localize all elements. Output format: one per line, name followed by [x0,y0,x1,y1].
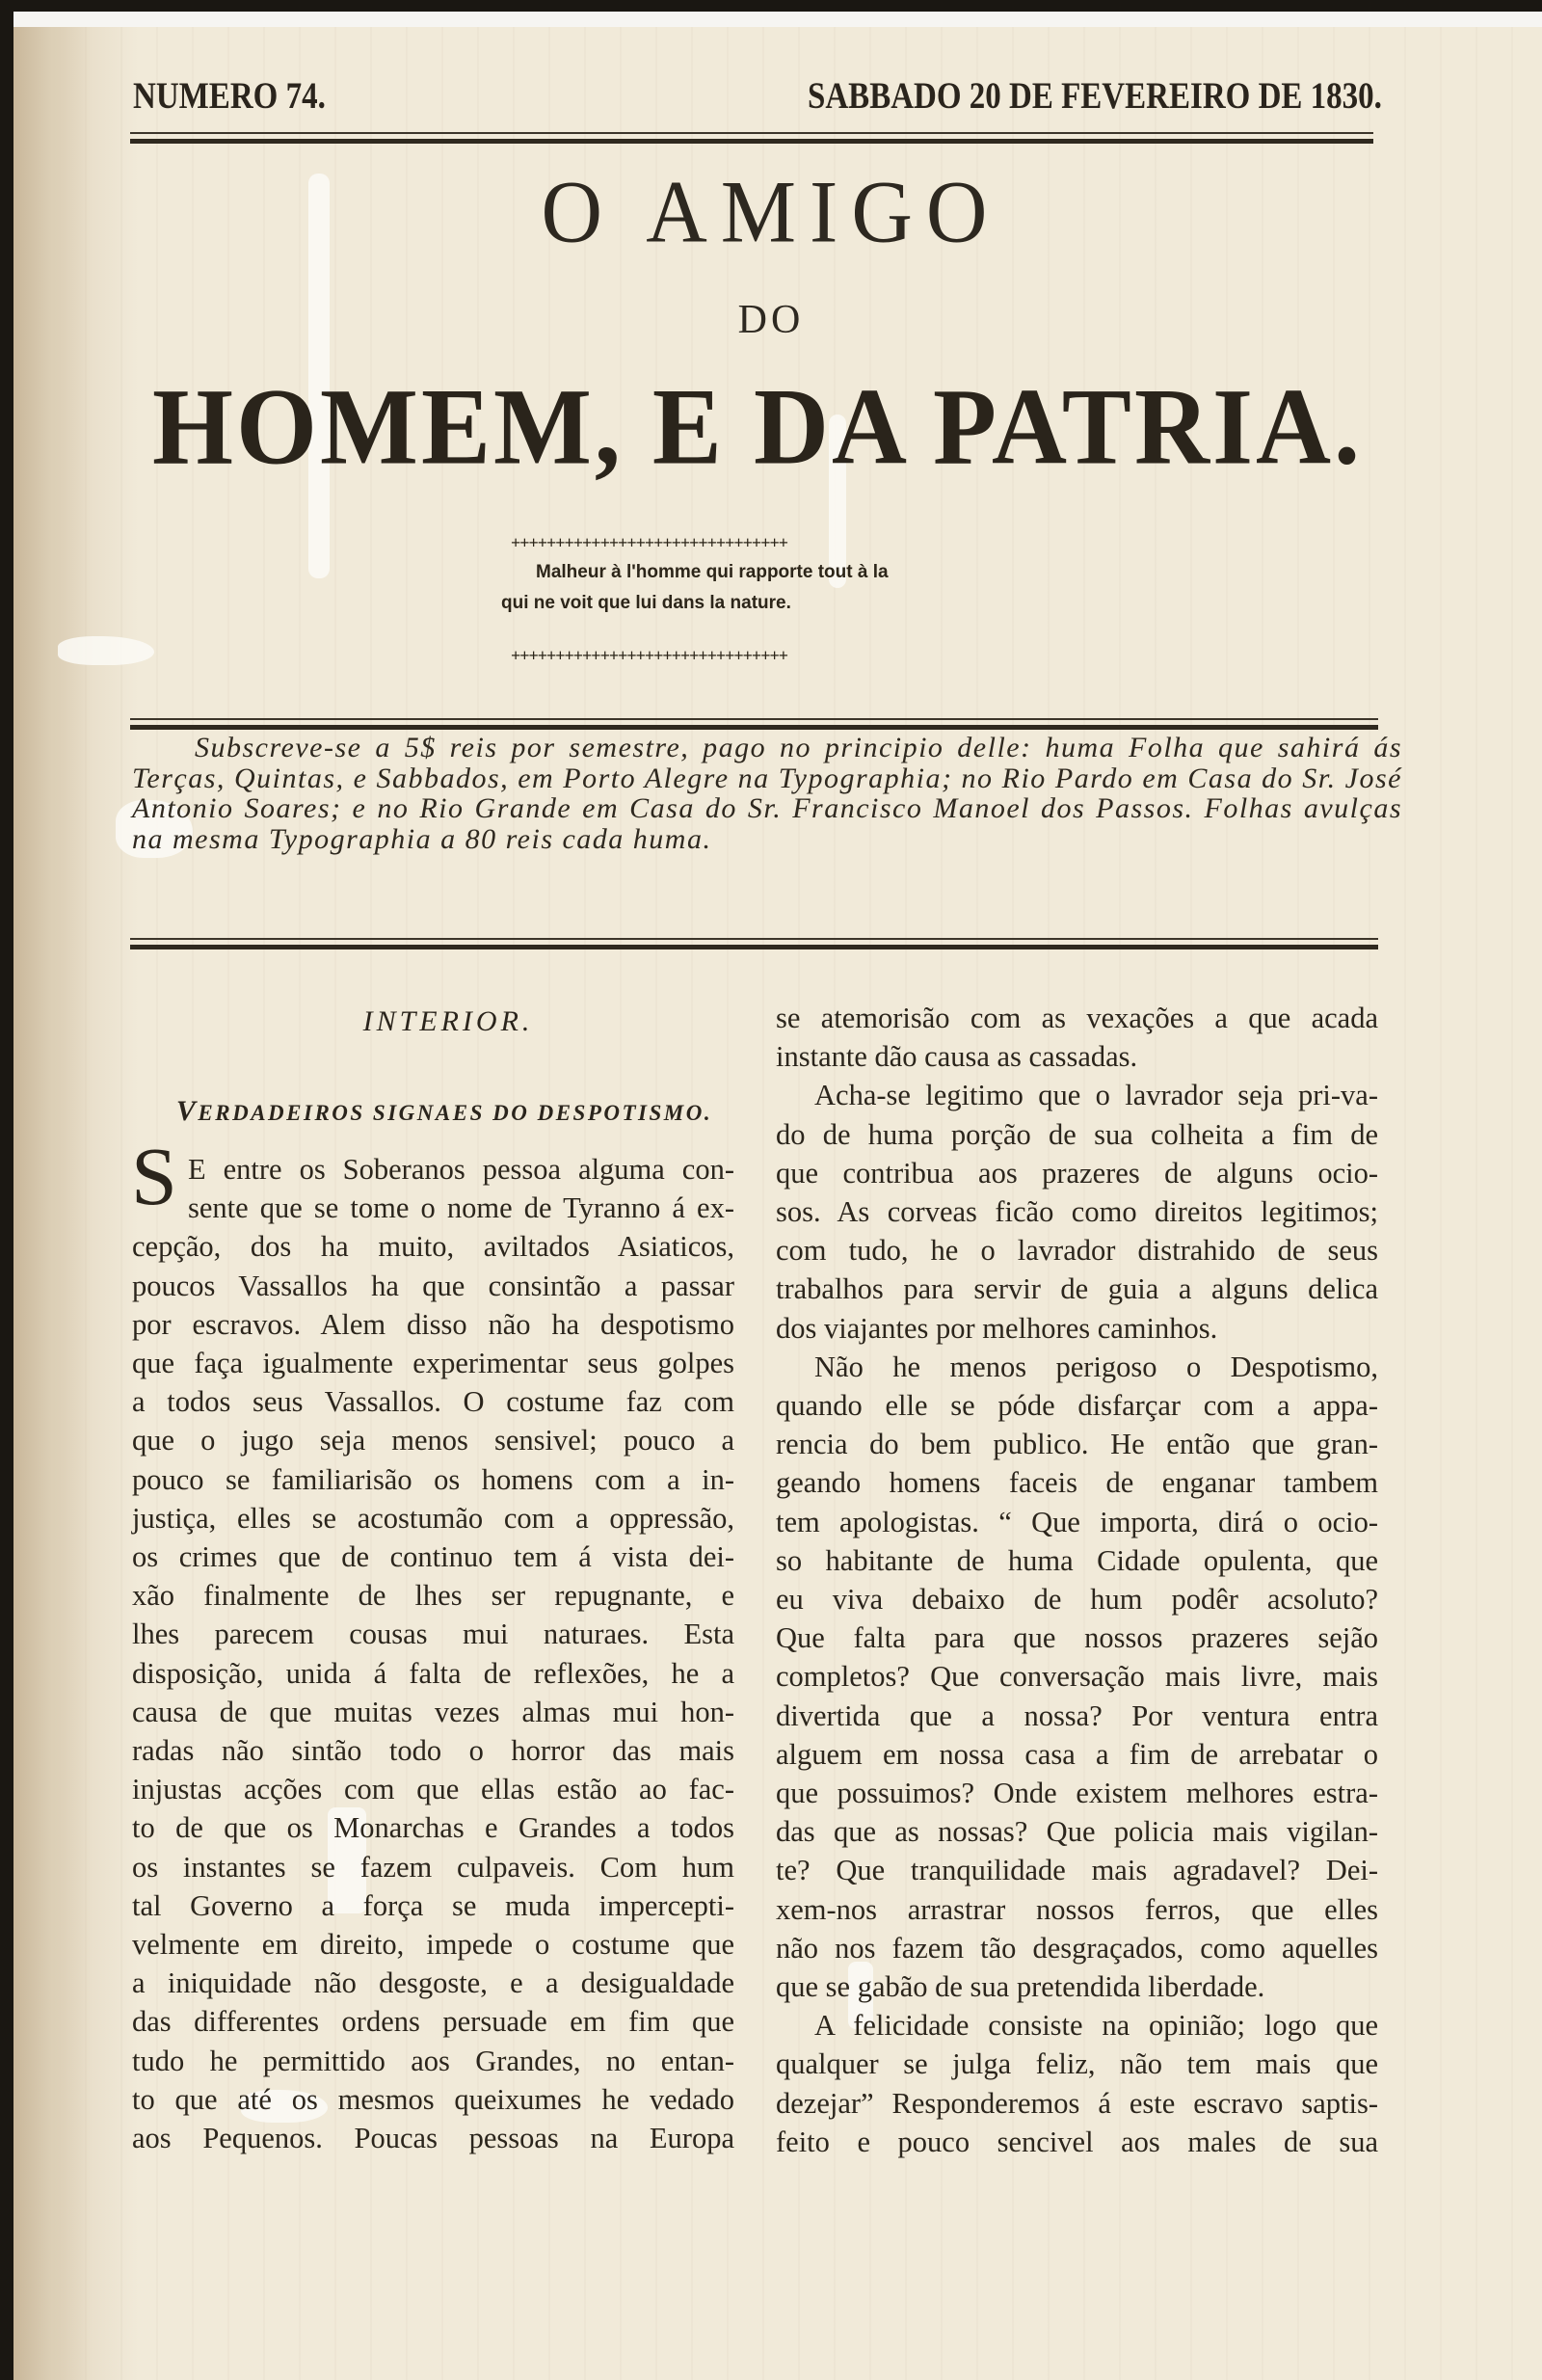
text-line: tem apologistas. “ Que importa, dirá o o… [776,1503,1378,1541]
text-line: eu viva debaixo de hum podêr acsoluto? [776,1580,1378,1618]
text-line: quando elle se póde disfarçar com a appa… [776,1386,1378,1425]
text-line: das que as nossas? Que policia mais vigi… [776,1812,1378,1851]
text-line: poucos Vassallos ha que consintão a pass… [132,1267,734,1305]
text-line: feito e pouco sencivel aos males de sua [776,2123,1378,2161]
text-line: que possuimos? Onde existem melhores est… [776,1774,1378,1812]
paper-damage [58,636,154,665]
text-line: te? Que tranquilidade mais agradavel? De… [776,1851,1378,1889]
text-line: tudo he permittido aos Grandes, no entan… [132,2042,734,2080]
text-line: sente que se tome o nome de Tyranno á ex… [132,1189,734,1227]
issue-number: NUMERO 74. [133,75,326,118]
article-column-right: se atemorisão com as vexações a que acad… [776,999,1378,2161]
header-rule [130,132,1373,134]
text-line: sos. As corveas ficão como direitos legi… [776,1192,1378,1231]
text-line: cepção, dos ha muito, aviltados Asiatico… [132,1227,734,1266]
epigraph-line-1: Malheur à l'homme qui rapporte tout à la [501,557,1041,588]
text-line: xão finalmente de lhes ser repugnante, e [132,1576,734,1615]
article-column-left: E entre os Soberanos pessoa alguma con-s… [132,1150,734,2157]
text-line: que se gabão de sua pretendida liberdade… [776,1967,1378,2006]
paper-top-strip [13,12,1542,27]
text-line: instante dão causa as cassadas. [776,1037,1378,1076]
text-line: velmente em direito, impede o costume qu… [132,1925,734,1964]
text-line: tal Governo a força se muda impercepti- [132,1886,734,1925]
text-line: to de que os Monarchas e Grandes a todos [132,1808,734,1847]
text-line: to que até os mesmos queixumes he vedado [132,2080,734,2119]
text-line: pouco se familiarisão os homens com a in… [132,1460,734,1499]
text-line: dezejar” Responderemos á este escravo sa… [776,2084,1378,2123]
epigraph-line-2: qui ne voit que lui dans la nature. [501,588,1041,619]
text-line: radas não sintão todo o horror das mais [132,1731,734,1770]
text-line: completos? Que conversação mais livre, m… [776,1657,1378,1696]
text-line: das differentes ordens persuade em fim q… [132,2002,734,2041]
text-line: os instantes se fazem culpaveis. Com hum [132,1848,734,1886]
text-line: lhes parecem cousas mui naturaes. Esta [132,1615,734,1653]
text-line: divertida que a nossa? Por ventura entra [776,1697,1378,1735]
text-line: se atemorisão com as vexações a que acad… [776,999,1378,1037]
text-line: dos viajantes por melhores caminhos. [776,1309,1378,1348]
issue-date: SABBADO 20 DE FEVEREIRO DE 1830. [808,75,1382,118]
text-line: aos Pequenos. Poucas pessoas na Europa [132,2119,734,2157]
text-line: injustas acções com que ellas estão ao f… [132,1770,734,1808]
section-rule [130,718,1378,720]
text-line: geando homens faceis de enganar tambem [776,1463,1378,1502]
ornament-rule-bottom: +++++++++++++++++++++++++++++++ [511,646,993,666]
text-line: Que falta para que nossos prazeres sejão [776,1618,1378,1657]
article-title: VERDADEIROS SIGNAES DO DESPOTISMO. [131,1095,758,1128]
text-line: causa de que muitas vezes almas mui hon- [132,1693,734,1731]
section-title: INTERIOR. [135,1005,761,1038]
text-line: disposição, unida á falta de reflexões, … [132,1654,734,1693]
page-edge-stain [13,27,91,2380]
subscription-notice: Subscreve-se a 5$ reis por semestre, pag… [132,733,1402,854]
article-title-text: ERDADEIROS SIGNAES DO DESPOTISMO. [198,1101,712,1125]
ornament-rule-top: +++++++++++++++++++++++++++++++ [511,533,993,553]
text-line: xem-nos arrastrar nossos ferros, que ell… [776,1890,1378,1929]
text-line: por escravos. Alem disso não ha despotis… [132,1305,734,1344]
text-line: justiça, elles se acostumão com a oppres… [132,1499,734,1538]
text-line: trabalhos para servir de guia a alguns d… [776,1270,1378,1308]
text-line: que contribua aos prazeres de alguns oci… [776,1154,1378,1192]
text-line: qualquer se julga feliz, não tem mais qu… [776,2045,1378,2083]
masthead-title-line-2: DO [0,297,1542,343]
masthead-title-line-3: HOMEM, E DA PATRIA. [131,365,1384,491]
section-rule [130,938,1378,940]
text-line: a todos seus Vassallos. O costume faz co… [132,1382,734,1421]
text-line: não nos fazem tão desgraçados, como aque… [776,1929,1378,1967]
text-line: Não he menos perigoso o Despotismo, [776,1348,1378,1386]
text-line: A felicidade consiste na opinião; logo q… [776,2006,1378,2045]
masthead-title-line-1: O AMIGO [0,161,1542,263]
text-line: os crimes que de continuo tem á vista de… [132,1538,734,1576]
text-line: do de huma porção de sua colheita a fim … [776,1115,1378,1154]
epigraph: Malheur à l'homme qui rapporte tout à la… [501,557,1041,619]
text-line: que faça igualmente experimentar seus go… [132,1344,734,1382]
text-line: rencia do bem publico. He então que gran… [776,1425,1378,1463]
text-line: com tudo, he o lavrador distrahido de se… [776,1231,1378,1270]
text-line: Acha-se legitimo que o lavrador seja pri… [776,1076,1378,1114]
text-line: so habitante de huma Cidade opulenta, qu… [776,1541,1378,1580]
article-title-initial: V [176,1095,199,1127]
text-line: que o jugo seja menos sensivel; pouco a [132,1421,734,1459]
text-line: E entre os Soberanos pessoa alguma con- [132,1150,734,1189]
text-line: a iniquidade não desgoste, e a desiguald… [132,1964,734,2002]
text-line: alguem em nossa casa a fim de arrebatar … [776,1735,1378,1774]
